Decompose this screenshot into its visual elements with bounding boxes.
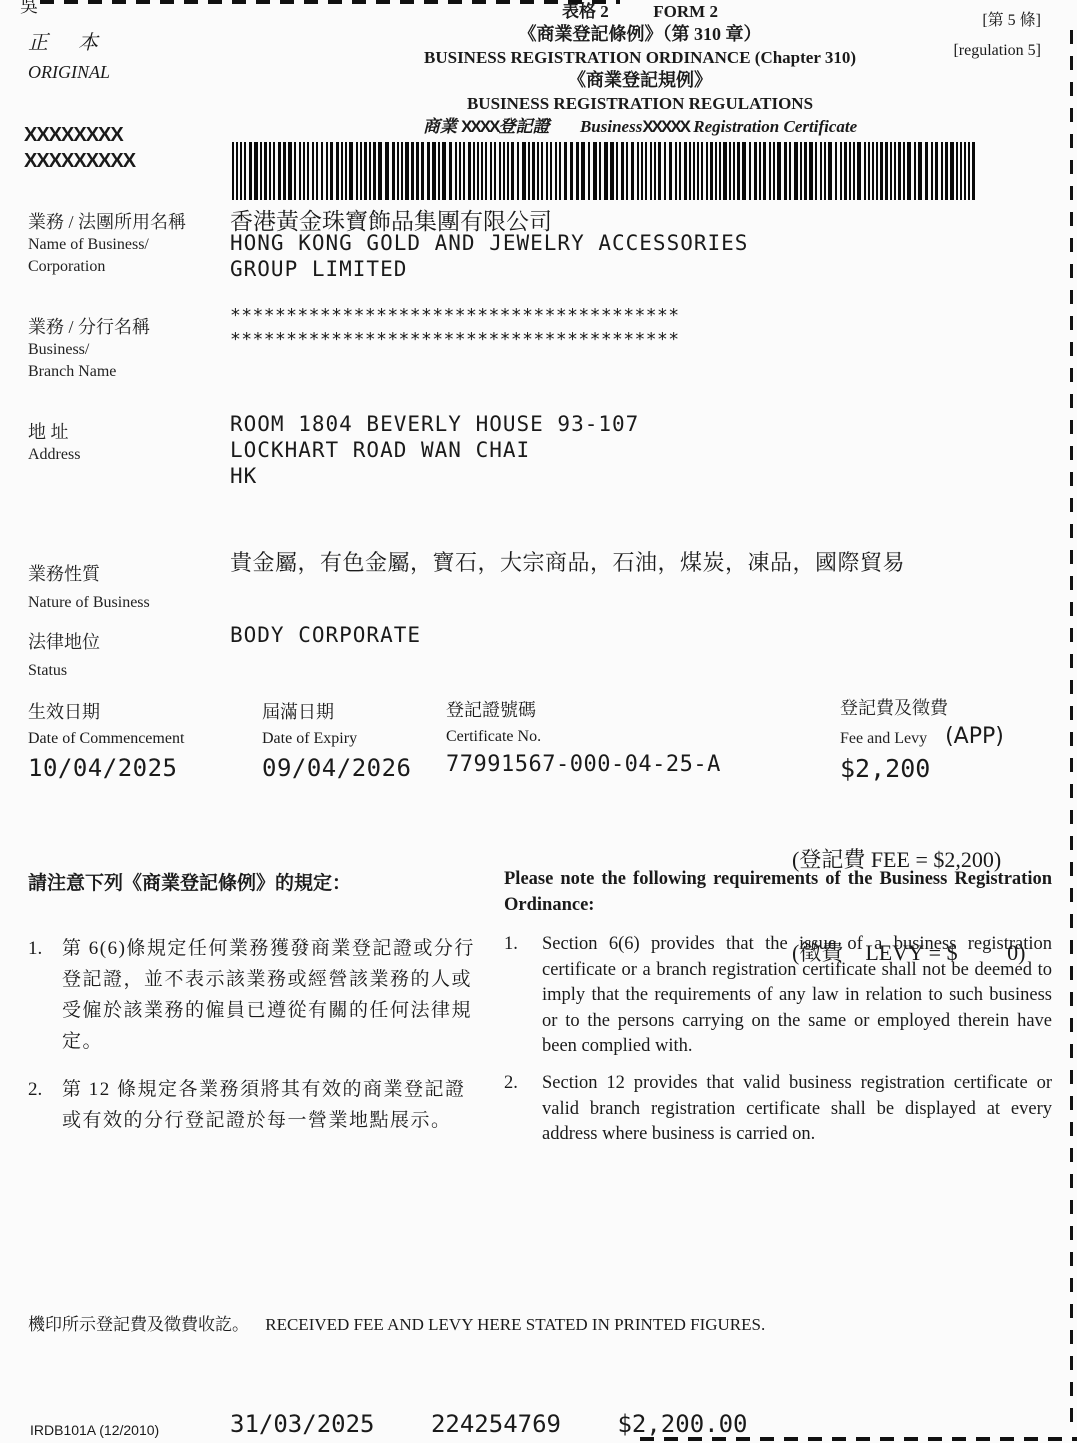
expiry-field: 屆滿日期 Date of Expiry 09/04/2026	[262, 698, 412, 782]
commencement-date: 10/04/2025	[28, 754, 184, 782]
cert-title-en-suffix: Registration Certificate	[693, 117, 857, 136]
commencement-field: 生效日期 Date of Commencement 10/04/2025	[28, 698, 184, 782]
receipt-date: 31/03/2025	[230, 1410, 375, 1438]
certificate-no: 77991567-000-04-25-A	[446, 752, 721, 777]
note-en-1: 1. Section 6(6) provides that the issue …	[504, 932, 1052, 1060]
regulations-title-zh: 《商業登記規例》	[360, 69, 920, 92]
barcode	[232, 142, 978, 200]
receipt-number: 224254769	[431, 1410, 561, 1438]
original-label-en: ORIGINAL	[28, 62, 110, 83]
original-label-zh: 正本	[28, 26, 128, 55]
ordinance-title-en: BUSINESS REGISTRATION ORDINANCE (Chapter…	[360, 46, 920, 69]
fee-field: 登記費及徵費 Fee and Levy (APP) $2,200	[840, 694, 1004, 783]
regulation-ref-zh: [第 5 條]	[953, 6, 1041, 36]
cert-title-zh-prefix: 商業	[423, 117, 457, 136]
regulations-title-en: BUSINESS REGISTRATION REGULATIONS	[360, 92, 920, 115]
branch-name-label: 業務 / 分行名稱 Business/ Branch Name	[28, 313, 150, 383]
redacted-text-line-1: XXXXXXXX	[24, 124, 123, 147]
business-name-label: 業務 / 法團所用名稱 Name of Business/ Corporatio…	[28, 208, 186, 278]
status-value: BODY CORPORATE	[230, 622, 421, 648]
note-en-2: 2. Section 12 provides that valid busine…	[504, 1071, 1052, 1148]
cert-title-zh-redacted: XXXX	[461, 117, 498, 136]
form-code: IRDB101A (12/2010)	[30, 1422, 159, 1438]
cert-title-zh-suffix: 登記證	[498, 117, 549, 136]
branch-name-value: ****************************************…	[230, 304, 679, 352]
form-header: 表格 2 FORM 2 《商業登記條例》（第 310 章） BUSINESS R…	[360, 0, 920, 138]
redacted-text-line-2: XXXXXXXXX	[24, 150, 135, 173]
notes-title-zh: 請注意下列《商業登記條例》的規定：	[28, 868, 351, 895]
business-name-en: HONG KONG GOLD AND JEWELRY ACCESSORIES G…	[230, 230, 748, 282]
status-label: 法律地位 Status	[28, 628, 100, 682]
address-value: ROOM 1804 BEVERLY HOUSE 93-107 LOCKHART …	[230, 411, 639, 489]
form-number-zh: 表格 2	[562, 2, 609, 21]
corner-mark: 吳	[20, 0, 38, 18]
certificate-no-field: 登記證號碼 Certificate No. 77991567-000-04-25…	[446, 696, 721, 777]
right-dashed-border	[1070, 30, 1073, 1425]
receipt-amount: $2,200.00	[617, 1410, 747, 1438]
note-zh-2: 2. 第 12 條規定各業務須將其有效的商業登記證或有效的分行登記證於每一營業地…	[28, 1074, 483, 1136]
fee-total: $2,200	[840, 754, 1004, 783]
expiry-date: 09/04/2026	[262, 754, 412, 782]
form-number: 表格 2 FORM 2	[360, 0, 920, 23]
notes-title-en: Please note the following requirements o…	[504, 866, 1052, 918]
nature-label: 業務性質 Nature of Business	[28, 560, 150, 614]
note-zh-1: 1. 第 6(6)條規定任何業務獲發商業登記證或分行登記證，並不表示該業務或經營…	[28, 933, 483, 1057]
regulation-reference: [第 5 條] [regulation 5]	[953, 6, 1041, 66]
cert-title-en-prefix: Business	[580, 117, 642, 136]
regulation-ref-en: [regulation 5]	[953, 36, 1041, 66]
receipt-values: 31/03/2025 224254769 $2,200.00	[230, 1410, 790, 1438]
address-label: 地 址 Address	[28, 418, 80, 466]
nature-value: 貴金屬，有色金屬，寶石，大宗商品，石油，煤炭，凍品，國際貿易	[230, 546, 905, 577]
certificate-title: 商業 XXXX登記證 BusinessXXXXX Registration Ce…	[360, 115, 920, 138]
cert-title-en-redacted: XXXXX	[642, 117, 689, 136]
app-tag: (APP)	[945, 724, 1004, 749]
ordinance-title-zh: 《商業登記條例》（第 310 章）	[360, 23, 920, 46]
form-number-en: FORM 2	[653, 2, 718, 21]
receipt-statement: 機印所示登記費及徵費收訖。 RECEIVED FEE AND LEVY HERE…	[28, 1310, 777, 1335]
